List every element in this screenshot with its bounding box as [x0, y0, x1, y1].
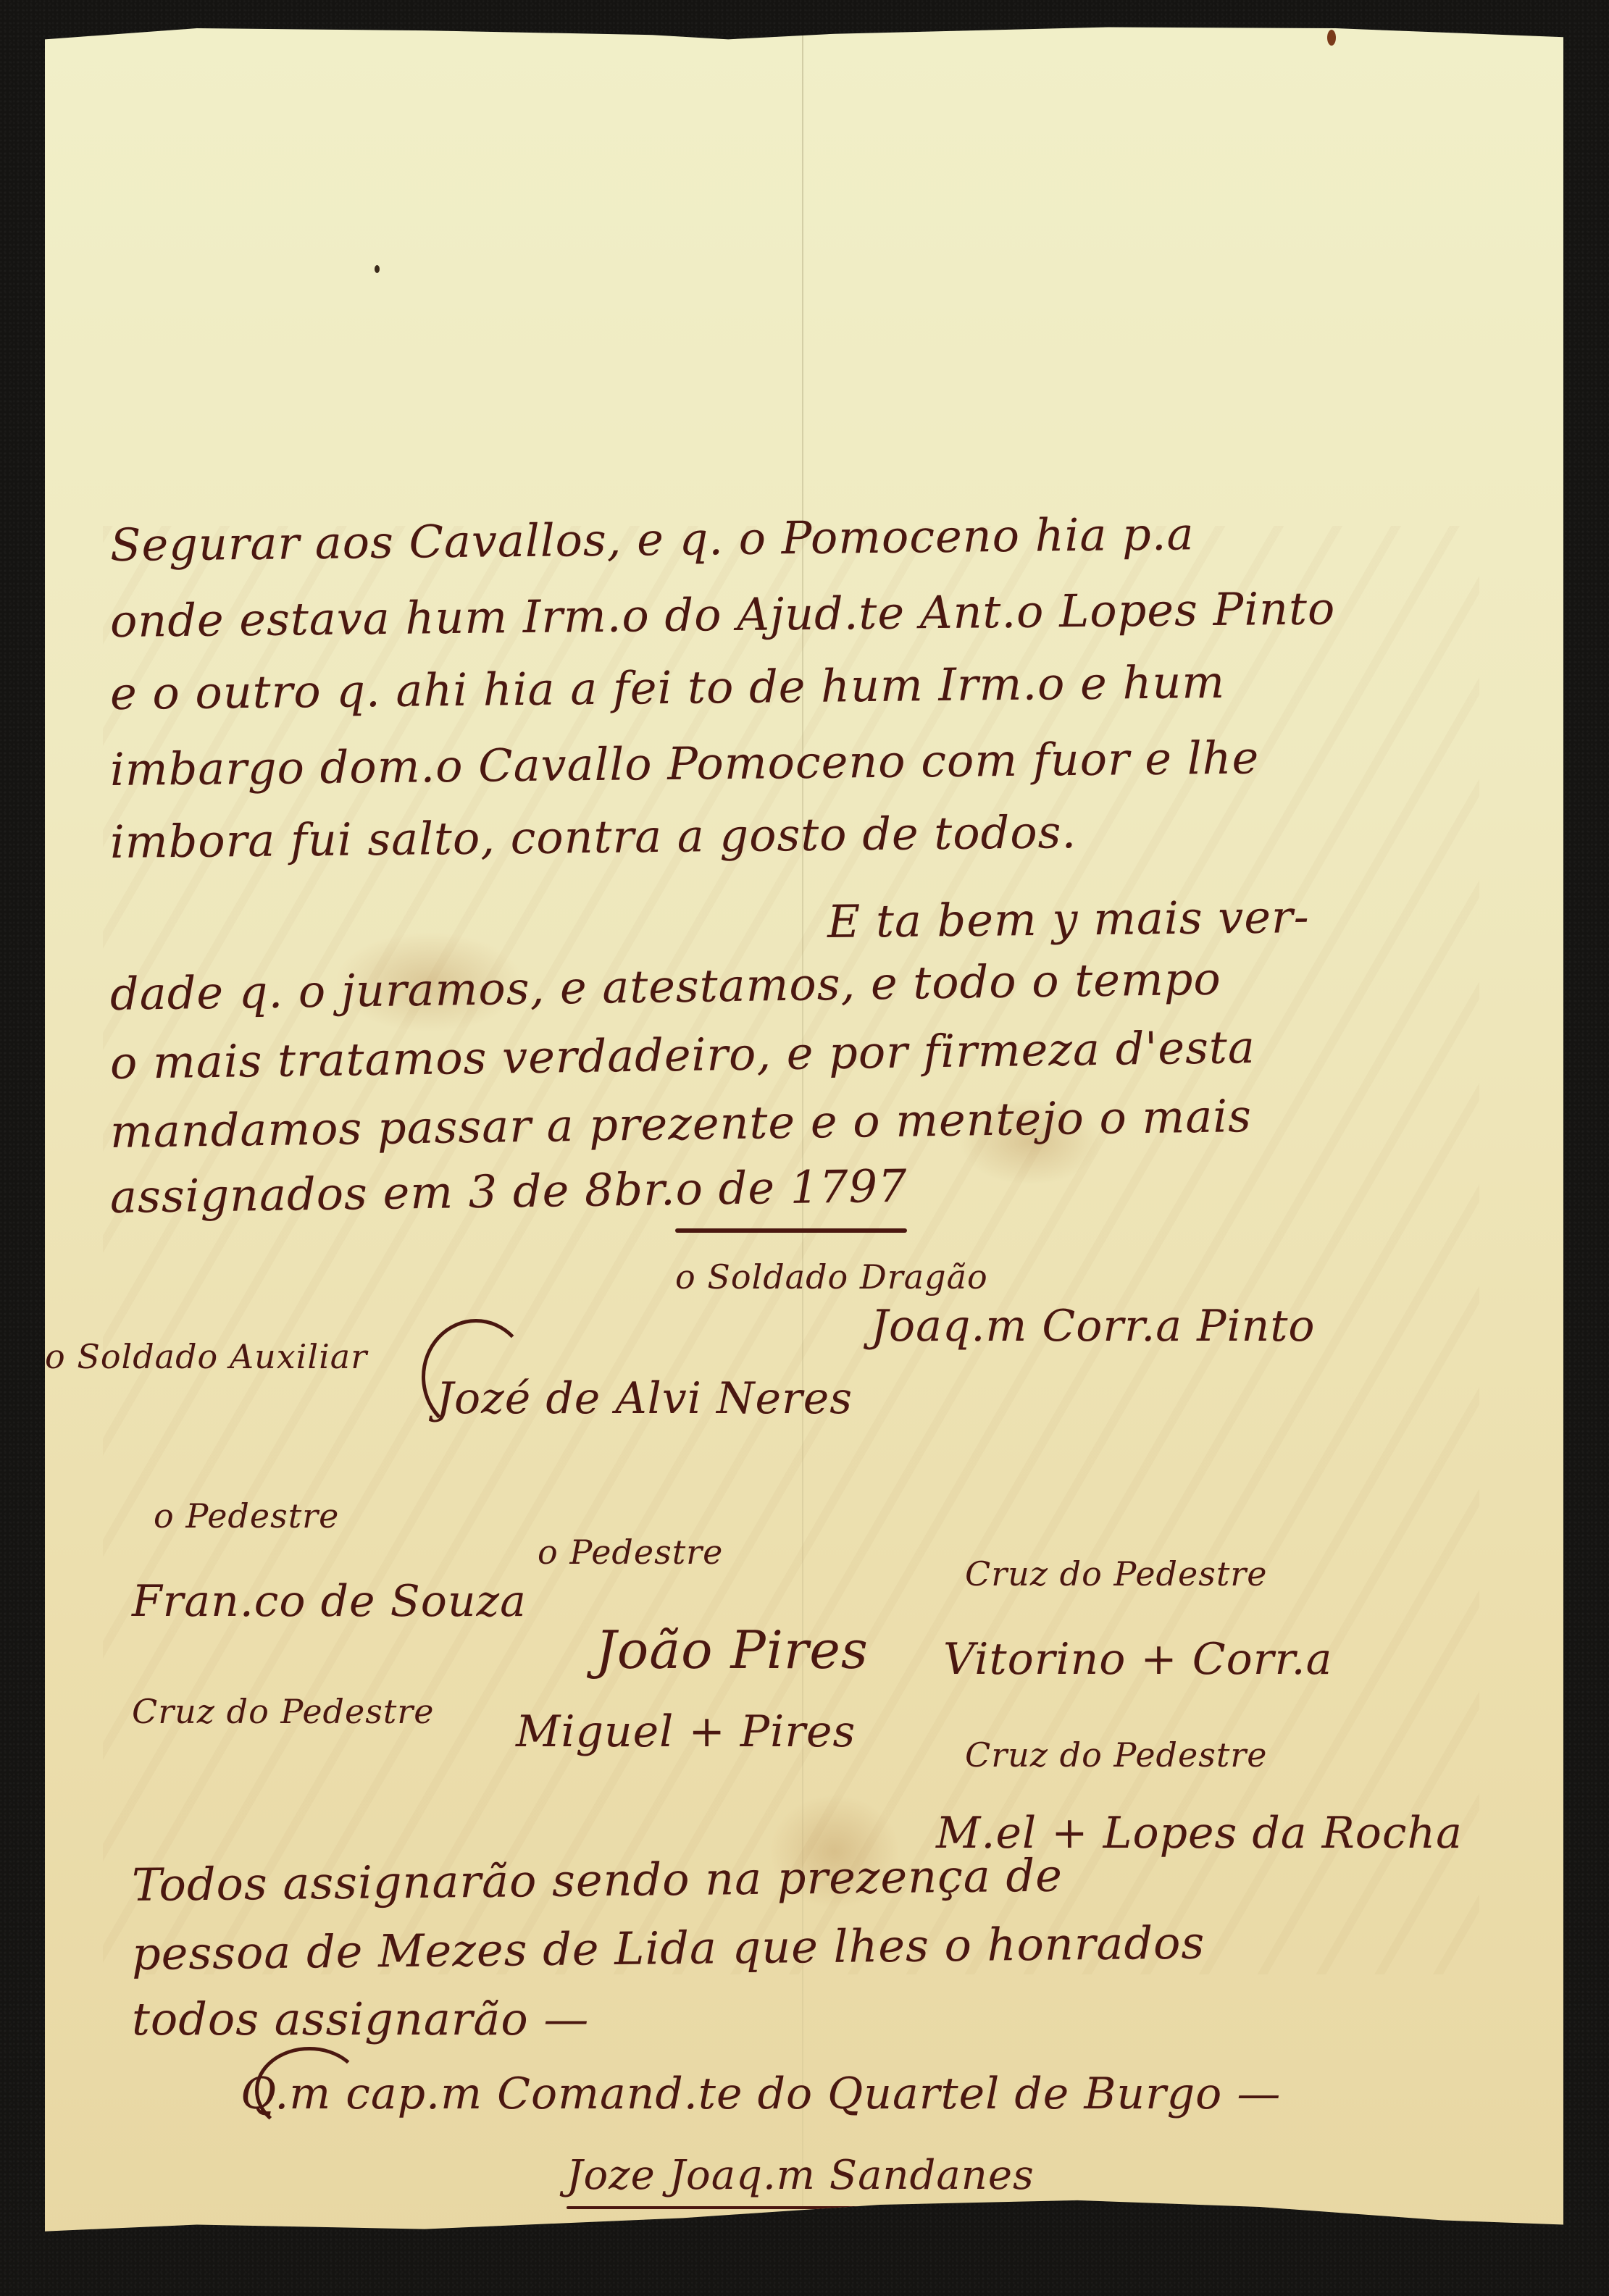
body-line-2: onde estava hum Irm.o do Ajud.te Ant.o L… [110, 582, 1336, 648]
date-underline [675, 1228, 907, 1233]
signature-label-cruz-3: Cruz do Pedestre [965, 1735, 1268, 1775]
final-signature: Joze Joaq.m Sandanes [567, 2152, 1035, 2199]
signature-vitorino-correa: Vitorino + Corr.a [943, 1634, 1332, 1685]
signature-label-cruz-2: Cruz do Pedestre [132, 1692, 435, 1731]
signature-francisco-souza: Fran.co de Souza [132, 1576, 527, 1627]
signature-joze-alvi-neres: Jozé de Alvi Neres [436, 1373, 853, 1424]
attestation-line-1: Todos assignarão sendo na prezença de [132, 1849, 1063, 1911]
attestation-line-2: pessoa de Mezes de Lida que lhes o honra… [132, 1916, 1205, 1980]
signature-label-auxiliar: o Soldado Auxiliar [45, 1337, 367, 1376]
signature-label-dragao: o Soldado Dragão [675, 1257, 988, 1296]
signature-joao-pires: João Pires [595, 1620, 869, 1680]
signature-label-cruz-1: Cruz do Pedestre [965, 1554, 1268, 1593]
attestation-line-3: todos assignarão — [132, 1993, 589, 2045]
body-line-7: dade q. o juramos, e atestamos, e todo o… [109, 952, 1221, 1021]
body-line-4: imbargo dom.o Cavallo Pomoceno com fuor … [110, 731, 1260, 796]
body-line-6: E ta bem y mais ver- [827, 890, 1310, 948]
signature-label-pedestre-2: o Pedestre [538, 1533, 723, 1572]
signature-joaquim-correa-pinto: Joaq.m Corr.a Pinto [871, 1301, 1316, 1352]
closing-commander-title: Q.m cap.m Comand.te do Quartel de Burgo … [241, 2069, 1281, 2119]
manuscript-page: Segurar aos Cavallos, e q. o Pomoceno hi… [45, 26, 1563, 2242]
body-line-3: e o outro q. ahi hia a fei to de hum Irm… [110, 655, 1226, 720]
body-line-5: imbora fui salto, contra a gosto de todo… [110, 805, 1077, 868]
signature-miguel-pires: Miguel + Pires [516, 1706, 856, 1757]
body-line-8: o mais tratamos verdadeiro, e por firmez… [109, 1021, 1255, 1089]
signature-label-pedestre-1: o Pedestre [154, 1496, 339, 1535]
paper-spot [1327, 30, 1336, 46]
body-line-1: Segurar aos Cavallos, e q. o Pomoceno hi… [110, 507, 1195, 571]
closing-flourish [255, 2047, 364, 2134]
final-signature-underline [567, 2206, 943, 2209]
paper-spot [375, 265, 380, 273]
body-line-10-date: assignados em 3 de 8br.o de 1797 [109, 1160, 907, 1223]
